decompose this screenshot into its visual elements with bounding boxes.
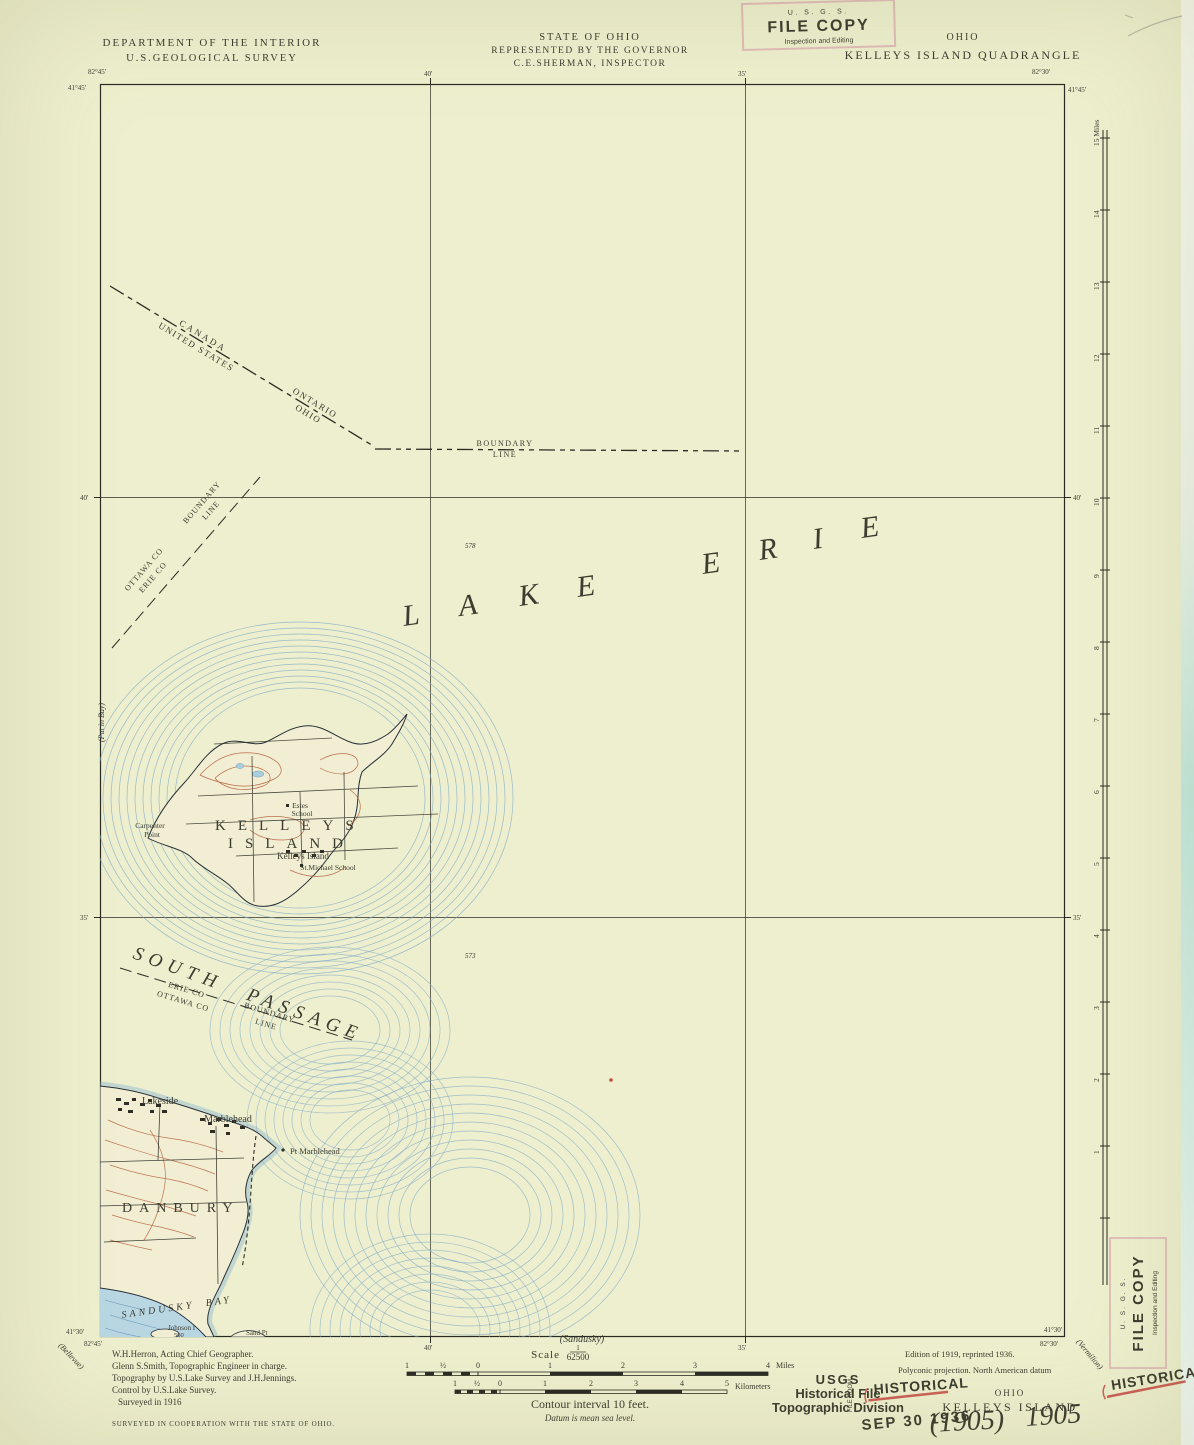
projection-note: Polyconic projection. North American dat… bbox=[898, 1365, 1052, 1375]
credit-line-2: Glenn S.Smith, Topographic Engineer in c… bbox=[112, 1361, 287, 1371]
km-tick-1l: 1 bbox=[453, 1379, 457, 1388]
scale-bar-kilometers: 1 ½ 0 1 2 3 4 5 Kilometers bbox=[453, 1379, 771, 1394]
county-boundary-northwest: OTTAWA CO ERIE CO BOUNDARY LINE bbox=[112, 477, 260, 648]
header-block: DEPARTMENT OF THE INTERIOR U.S.GEOLOGICA… bbox=[103, 32, 1082, 69]
depth-figure-578: 578 bbox=[465, 542, 476, 550]
ruler-label-5: 5 bbox=[1092, 862, 1101, 866]
tick-label-right-35: 35' bbox=[1073, 914, 1081, 922]
south-passage-boundary: ERIE CO OTTAWA CO BOUNDARY LINE SOUTH PA… bbox=[120, 943, 366, 1046]
erie-letter-e2: E bbox=[857, 510, 881, 545]
km-tick-2: 2 bbox=[589, 1379, 593, 1388]
miles-tick-half: ½ bbox=[440, 1361, 446, 1370]
blue-stamp-line3: Topographic Division bbox=[772, 1400, 904, 1415]
water-rings-danbury bbox=[300, 1077, 640, 1353]
km-tick-1: 1 bbox=[543, 1379, 547, 1388]
scale-denominator: 62500 bbox=[567, 1352, 590, 1362]
adjoining-quad-west: (Put in Bay) bbox=[97, 703, 106, 742]
sp-line-label: LINE bbox=[254, 1017, 278, 1032]
marblehead-label: Marblehead bbox=[204, 1114, 252, 1125]
boundary-line-label-top: BOUNDARY bbox=[477, 439, 534, 448]
miles-tick-3: 3 bbox=[693, 1361, 697, 1370]
km-tick-0: 0 bbox=[498, 1379, 502, 1388]
tick-label-right-40: 40' bbox=[1073, 494, 1081, 502]
governor-line: REPRESENTED BY THE GOVERNOR bbox=[491, 46, 689, 56]
handwritten-1905: 1905 bbox=[1024, 1398, 1082, 1433]
coord-bottom-left-lon: 82°45' bbox=[84, 1340, 102, 1348]
ruler-label-15: 15 Miles bbox=[1092, 119, 1101, 146]
estes-school-label-2: School bbox=[292, 809, 313, 818]
map-sheet: DEPARTMENT OF THE INTERIOR U.S.GEOLOGICA… bbox=[0, 0, 1194, 1445]
adjoining-quad-southwest: (Bellevue) bbox=[57, 1341, 87, 1371]
credits-block: W.H.Herron, Acting Chief Geographer. Gle… bbox=[112, 1349, 335, 1428]
file-copy-side-line2: FILE COPY bbox=[1130, 1254, 1147, 1351]
sheet-state-label: OHIO bbox=[995, 1388, 1026, 1398]
tick-label-bottom-40: 40' bbox=[424, 1344, 432, 1352]
miles-tick-1l: 1 bbox=[405, 1361, 409, 1370]
credit-line-5: Surveyed in 1916 bbox=[118, 1397, 182, 1407]
tick-label-left-40: 40' bbox=[80, 494, 88, 502]
miles-tick-0: 0 bbox=[476, 1361, 480, 1370]
ruler-label-12: 12 bbox=[1092, 354, 1101, 362]
file-room-note: FILE ROOM bbox=[848, 1379, 854, 1412]
ruler-label-7: 7 bbox=[1092, 718, 1101, 722]
erie-letter-i: I bbox=[809, 522, 826, 556]
ruler-label-14: 14 bbox=[1092, 210, 1101, 218]
johnson-island-label: Johnson I bbox=[168, 1324, 196, 1332]
lake-letter-a: A bbox=[454, 588, 479, 624]
quad-state-label: OHIO bbox=[947, 32, 980, 43]
island-name-line1: KELLEYS bbox=[215, 818, 366, 834]
miles-bar-labels: 1 ½ 0 1 2 3 4 Miles bbox=[405, 1361, 794, 1370]
carpenter-point-label-2: Point bbox=[144, 830, 161, 839]
right-margin-miles-ruler: 15 Miles 14 13 12 11 10 9 8 7 6 5 4 3 2 … bbox=[1092, 119, 1110, 1285]
ruler-label-6: 6 bbox=[1092, 790, 1101, 794]
kelleys-island-town-label: Kelleys Island bbox=[277, 851, 329, 861]
ruler-label-10: 10 bbox=[1092, 498, 1101, 506]
km-tick-5: 5 bbox=[725, 1379, 729, 1388]
lake-letter-k: K bbox=[515, 577, 542, 613]
lake-erie-label: L A K E E R I E bbox=[399, 510, 881, 633]
ruler-label-4: 4 bbox=[1092, 934, 1101, 938]
credit-line-4: Control by U.S.Lake Survey. bbox=[112, 1385, 216, 1395]
red-dot-mark bbox=[609, 1078, 613, 1082]
km-unit-label: Kilometers bbox=[735, 1382, 771, 1391]
danbury-label: DANBURY bbox=[122, 1201, 239, 1216]
coord-top-left-lon: 82°45' bbox=[88, 68, 106, 76]
international-boundary: CANADA UNITED STATES ONTARIO OHIO BOUNDA… bbox=[110, 286, 742, 459]
island-name-line2: ISLAND bbox=[228, 836, 355, 852]
kelleys-island-landmass bbox=[148, 714, 407, 906]
ruler-label-11: 11 bbox=[1092, 427, 1101, 434]
depth-figure-573: 573 bbox=[465, 952, 476, 960]
miles-tick-4: 4 bbox=[766, 1361, 770, 1370]
file-copy-stamp-side: U. S. G. S. FILE COPY Inspection and Edi… bbox=[1110, 1238, 1166, 1368]
ruler-label-13: 13 bbox=[1092, 282, 1101, 290]
miles-unit-label: Miles bbox=[776, 1361, 794, 1370]
file-copy-side-line3: Inspection and Editing bbox=[1152, 1271, 1159, 1335]
adjoining-quad-southeast: (Vermilion) bbox=[1074, 1338, 1105, 1372]
coord-bottom-left-lat: 41°30' bbox=[66, 1328, 84, 1336]
file-copy-top-line2: FILE COPY bbox=[767, 17, 870, 37]
km-tick-3: 3 bbox=[634, 1379, 638, 1388]
coord-bottom-right-lon: 82°30' bbox=[1040, 1340, 1058, 1348]
km-bar-labels: 1 ½ 0 1 2 3 4 5 Kilometers bbox=[453, 1379, 771, 1391]
dept-interior-title: DEPARTMENT OF THE INTERIOR bbox=[103, 37, 322, 49]
lake-letter-e1: E bbox=[573, 569, 597, 604]
state-of-ohio-title: STATE OF OHIO bbox=[539, 32, 641, 43]
km-tick-4: 4 bbox=[680, 1379, 684, 1388]
file-copy-side-line1: U. S. G. S. bbox=[1120, 1276, 1127, 1329]
credit-line-3: Topography by U.S.Lake Survey and J.H.Je… bbox=[112, 1373, 296, 1383]
ruler-tick-marks bbox=[1100, 138, 1110, 1218]
file-copy-top-line3: Inspection and Editing bbox=[784, 37, 853, 46]
scale-numerator: 1 bbox=[576, 1344, 580, 1352]
cooperation-note: SURVEYED IN COOPERATION WITH THE STATE O… bbox=[112, 1420, 335, 1428]
credit-line-1: W.H.Herron, Acting Chief Geographer. bbox=[112, 1349, 253, 1359]
file-copy-stamp-top: U. S. G. S. FILE COPY Inspection and Edi… bbox=[742, 0, 895, 50]
datum-note: Datum is mean sea level. bbox=[544, 1413, 635, 1423]
blue-stamp-line2: Historical File bbox=[795, 1386, 880, 1401]
sand-point-label: Sand Pt bbox=[246, 1329, 268, 1337]
tick-label-bottom-35: 35' bbox=[738, 1344, 746, 1352]
ruler-label-2: 2 bbox=[1092, 1078, 1101, 1082]
adjoining-quad-south: (Sandusky) bbox=[560, 1334, 605, 1345]
water-rings-lakeside bbox=[247, 1041, 453, 1199]
erie-letter-e1: E bbox=[698, 546, 722, 581]
miles-tick-1: 1 bbox=[548, 1361, 552, 1370]
miles-tick-2: 2 bbox=[621, 1361, 625, 1370]
lake-letter-l: L bbox=[399, 598, 421, 633]
coord-top-right-lat: 41°45' bbox=[1068, 86, 1086, 94]
coord-top-right-lon: 82°30' bbox=[1032, 68, 1050, 76]
erie-letter-r: R bbox=[755, 532, 779, 567]
ruler-label-1: 1 bbox=[1092, 1150, 1101, 1154]
ruler-label-8: 8 bbox=[1092, 646, 1101, 650]
coord-bottom-right-lat: 41°30' bbox=[1044, 1326, 1062, 1334]
tick-label-left-35: 35' bbox=[80, 914, 88, 922]
ruler-label-3: 3 bbox=[1092, 1006, 1101, 1010]
estes-school-symbol bbox=[286, 804, 289, 807]
ruler-tick-labels: 15 Miles 14 13 12 11 10 9 8 7 6 5 4 3 2 … bbox=[1092, 119, 1101, 1154]
scale-bar-miles: 1 ½ 0 1 2 3 4 Miles bbox=[405, 1361, 794, 1376]
johnson-island-elevation: 560 bbox=[174, 1332, 184, 1339]
lakeside-label: Lakeside bbox=[142, 1096, 179, 1107]
ruler-label-9: 9 bbox=[1092, 574, 1101, 578]
scale-word: Scale bbox=[531, 1349, 560, 1361]
tick-label-top-35: 35' bbox=[738, 70, 746, 78]
pencil-scribble bbox=[1125, 15, 1182, 36]
coord-top-left-lat: 41°45' bbox=[68, 84, 86, 92]
km-tick-half: ½ bbox=[474, 1379, 480, 1388]
st-michael-school-label: St.Michael School bbox=[300, 863, 355, 872]
carpenter-point-label-1: Carpenter bbox=[135, 821, 165, 830]
pt-marblehead-lighthouse-dot bbox=[281, 1148, 284, 1151]
contour-interval-note: Contour interval 10 feet. bbox=[531, 1397, 649, 1411]
file-copy-top-line1: U. S. G. S. bbox=[788, 8, 849, 17]
inspector-line: C.E.SHERMAN, INSPECTOR bbox=[514, 59, 667, 69]
tick-label-top-40: 40' bbox=[424, 70, 432, 78]
usgs-title: U.S.GEOLOGICAL SURVEY bbox=[126, 53, 298, 64]
edition-note: Edition of 1919, reprinted 1936. bbox=[905, 1349, 1015, 1359]
boundary-line-label-bottom: LINE bbox=[493, 450, 517, 459]
quad-name-label: KELLEYS ISLAND QUADRANGLE bbox=[845, 48, 1082, 62]
pt-marblehead-label: Pt Marblehead bbox=[290, 1146, 341, 1156]
scale-block: Scale 1 62500 1 ½ 0 1 2 3 4 Miles bbox=[405, 1344, 794, 1423]
map-canvas: DEPARTMENT OF THE INTERIOR U.S.GEOLOGICA… bbox=[0, 0, 1194, 1445]
